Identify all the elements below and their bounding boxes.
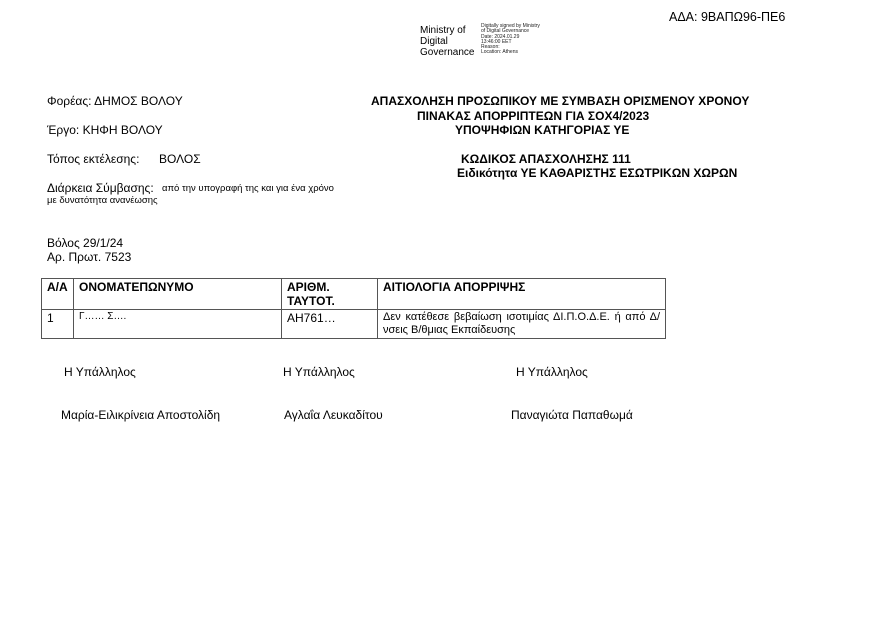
- sig-detail-line: Location: Athens: [481, 50, 540, 55]
- title-line1: ΑΠΑΣΧΟΛΗΣΗ ΠΡΟΣΩΠΙΚΟΥ ΜΕ ΣΥΜΒΑΣΗ ΟΡΙΣΜΕΝ…: [371, 94, 749, 108]
- title-line3: ΥΠΟΨΗΦΙΩΝ ΚΑΤΗΓΟΡΙΑΣ ΥΕ: [455, 123, 629, 137]
- signature-name-2: Αγλαΐα Λευκαδίτου: [284, 408, 383, 422]
- table-row: 1 Γ…… Σ…. ΑΗ761… Δεν κατέθεσε βεβαίωση ι…: [42, 310, 666, 339]
- foreas: Φορέας: ΔΗΜΟΣ ΒΟΛΟΥ: [47, 94, 183, 108]
- signature-role-2: Η Υπάλληλος: [283, 365, 355, 379]
- rejected-candidates-table: Α/Α ΟΝΟΜΑΤΕΠΩΝΥΜΟ ΑΡΙΘΜ. ΤΑΥΤΟΤ. ΑΙΤΙΟΛΟ…: [41, 278, 666, 339]
- digital-signature-details: Digitally signed by Ministry of Digital …: [481, 24, 540, 56]
- cell-id: ΑΗ761…: [282, 310, 378, 339]
- diarkeia-label: Διάρκεια Σύμβασης:: [47, 181, 154, 195]
- cell-aa: 1: [42, 310, 74, 339]
- topos-value: ΒΟΛΟΣ: [159, 152, 201, 166]
- cell-name: Γ…… Σ….: [74, 310, 282, 339]
- signature-role-3: Η Υπάλληλος: [516, 365, 588, 379]
- protocol-number: Αρ. Πρωτ. 7523: [47, 250, 131, 264]
- employment-code: ΚΩΔΙΚΟΣ ΑΠΑΣΧΟΛΗΣΗΣ 111: [461, 152, 631, 166]
- document-date: Βόλος 29/1/24: [47, 236, 123, 250]
- header-name: ΟΝΟΜΑΤΕΠΩΝΥΜΟ: [74, 279, 282, 310]
- ergo: Έργο: ΚΗΦΗ ΒΟΛΟΥ: [47, 123, 163, 137]
- table-header-row: Α/Α ΟΝΟΜΑΤΕΠΩΝΥΜΟ ΑΡΙΘΜ. ΤΑΥΤΟΤ. ΑΙΤΙΟΛΟ…: [42, 279, 666, 310]
- title-line2: ΠΙΝΑΚΑΣ ΑΠΟΡΡΙΠΤΕΩΝ ΓΙΑ ΣΟΧ4/2023: [417, 109, 649, 123]
- sig-org-line: Digital: [420, 36, 474, 47]
- digital-signature-org: Ministry of Digital Governance: [420, 25, 474, 58]
- ada-code: ΑΔΑ: 9ΒΑΠΩ96-ΠΕ6: [669, 10, 785, 24]
- signature-name-1: Μαρία-Ειλικρίνεια Αποστολίδη: [61, 408, 220, 422]
- header-id: ΑΡΙΘΜ. ΤΑΥΤΟΤ.: [282, 279, 378, 310]
- sig-org-line: Ministry of: [420, 25, 474, 36]
- topos-label: Τόπος εκτέλεσης:: [47, 152, 139, 166]
- cell-reason: Δεν κατέθεσε βεβαίωση ισοτιμίας ΔΙ.Π.Ο.Δ…: [378, 310, 666, 339]
- header-aa: Α/Α: [42, 279, 74, 310]
- header-reason: ΑΙΤΙΟΛΟΓΙΑ ΑΠΟΡΡΙΨΗΣ: [378, 279, 666, 310]
- specialty: Ειδικότητα ΥΕ ΚΑΘΑΡΙΣΤΗΣ ΕΣΩΤΡΙΚΩΝ ΧΩΡΩΝ: [457, 166, 737, 180]
- diarkeia-value-line1: από την υπογραφή της και για ένα χρόνο: [162, 183, 334, 194]
- signature-name-3: Παναγιώτα Παπαθωμά: [511, 408, 633, 422]
- sig-org-line: Governance: [420, 47, 474, 58]
- diarkeia-value-line2: με δυνατότητα ανανέωσης: [47, 195, 158, 206]
- signature-role-1: Η Υπάλληλος: [64, 365, 136, 379]
